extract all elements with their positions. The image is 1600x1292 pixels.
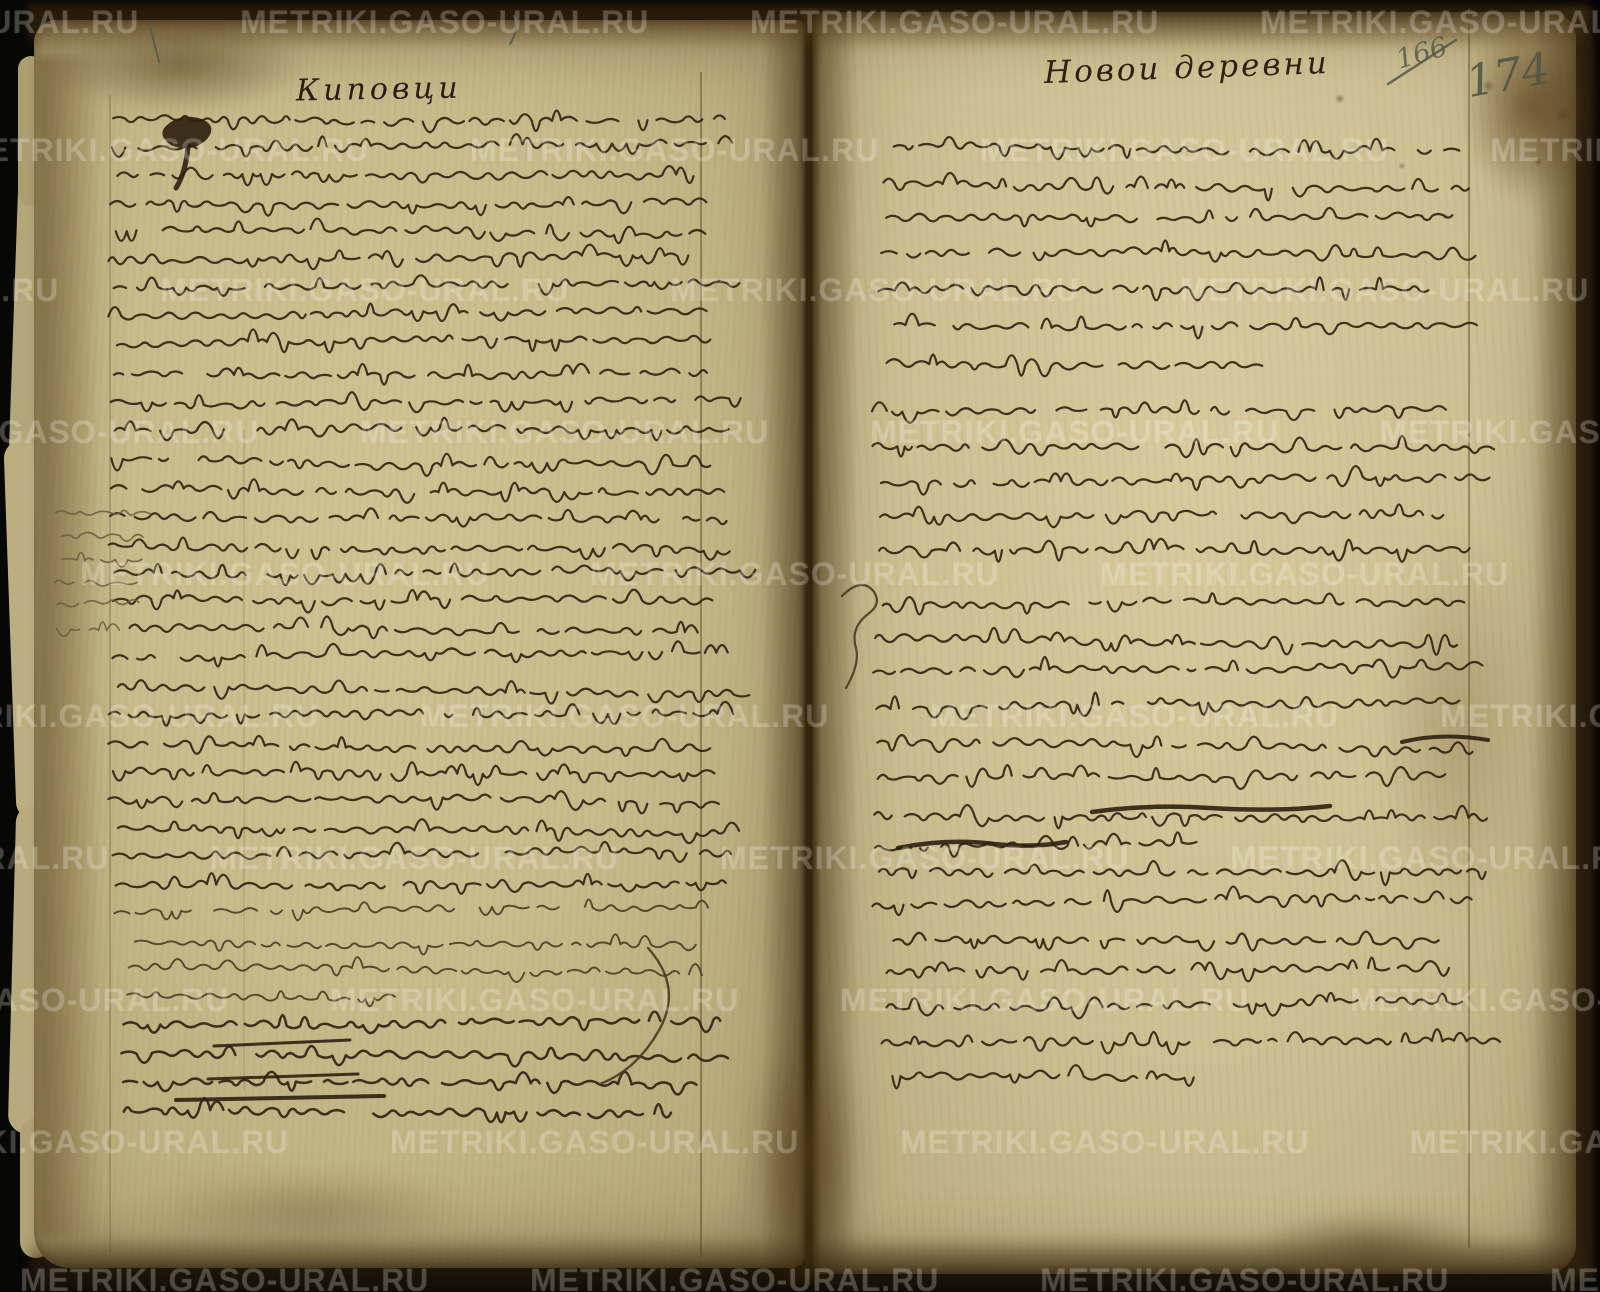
handwriting-layer: [0, 0, 1600, 1292]
left-page-heading: Киповци: [296, 71, 462, 109]
manuscript-scan: Киповци Новои деревни 166 174 METRIKI.GA…: [0, 0, 1600, 1292]
